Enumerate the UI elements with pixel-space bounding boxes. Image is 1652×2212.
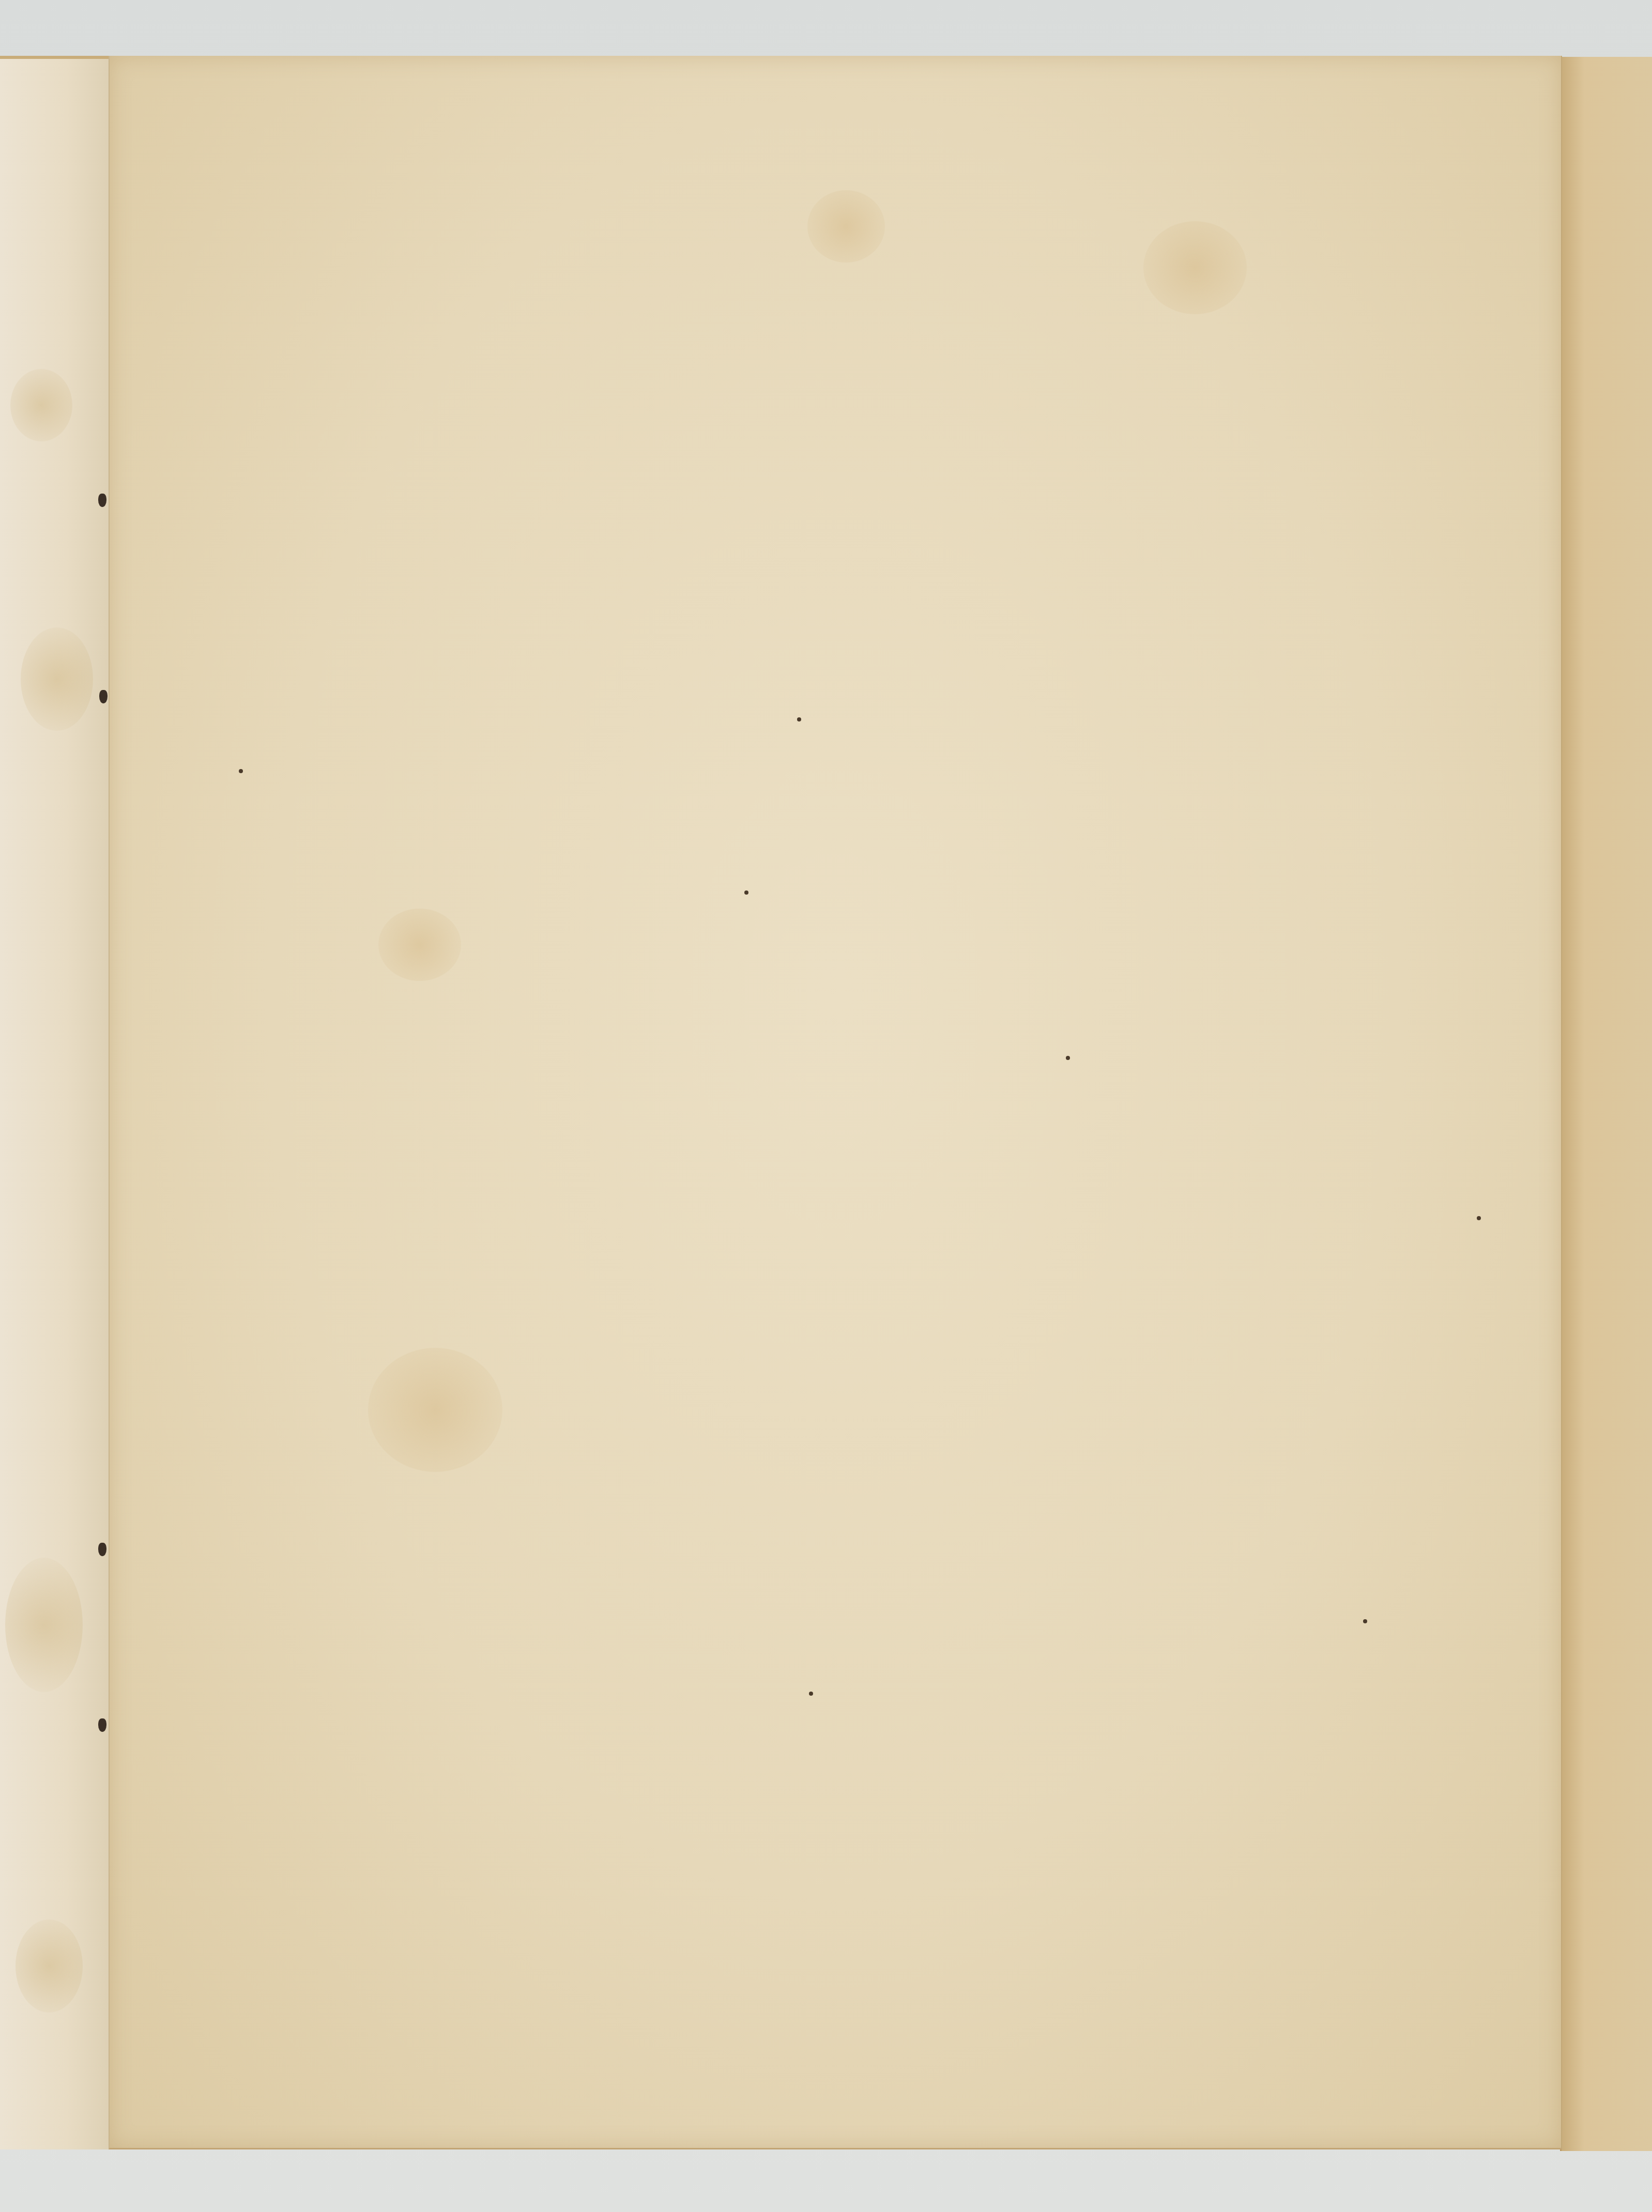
foxing-stain xyxy=(10,369,72,441)
paper-speck xyxy=(809,1692,813,1696)
paper-speck xyxy=(797,717,801,721)
fore-edge-stack-right xyxy=(1560,57,1652,2151)
foxing-stain xyxy=(16,1919,83,2013)
paper-speck xyxy=(744,890,748,895)
foxing-stain xyxy=(1143,221,1247,314)
paper-speck xyxy=(1477,1216,1481,1220)
binding-hole xyxy=(98,1543,106,1556)
facing-page-left xyxy=(0,56,111,2149)
foxing-stain xyxy=(807,190,885,263)
foxing-stain xyxy=(378,909,461,981)
binding-hole xyxy=(98,494,106,507)
foxing-stain xyxy=(21,627,93,731)
paper-speck xyxy=(1066,1056,1070,1060)
foxing-stain xyxy=(5,1558,83,1692)
paper-speck xyxy=(239,769,243,773)
foxing-stain xyxy=(368,1348,502,1472)
paper-speck xyxy=(1363,1619,1367,1623)
binding-hole xyxy=(98,1718,106,1732)
binding-hole xyxy=(99,690,108,703)
blank-book-page xyxy=(109,56,1562,2149)
